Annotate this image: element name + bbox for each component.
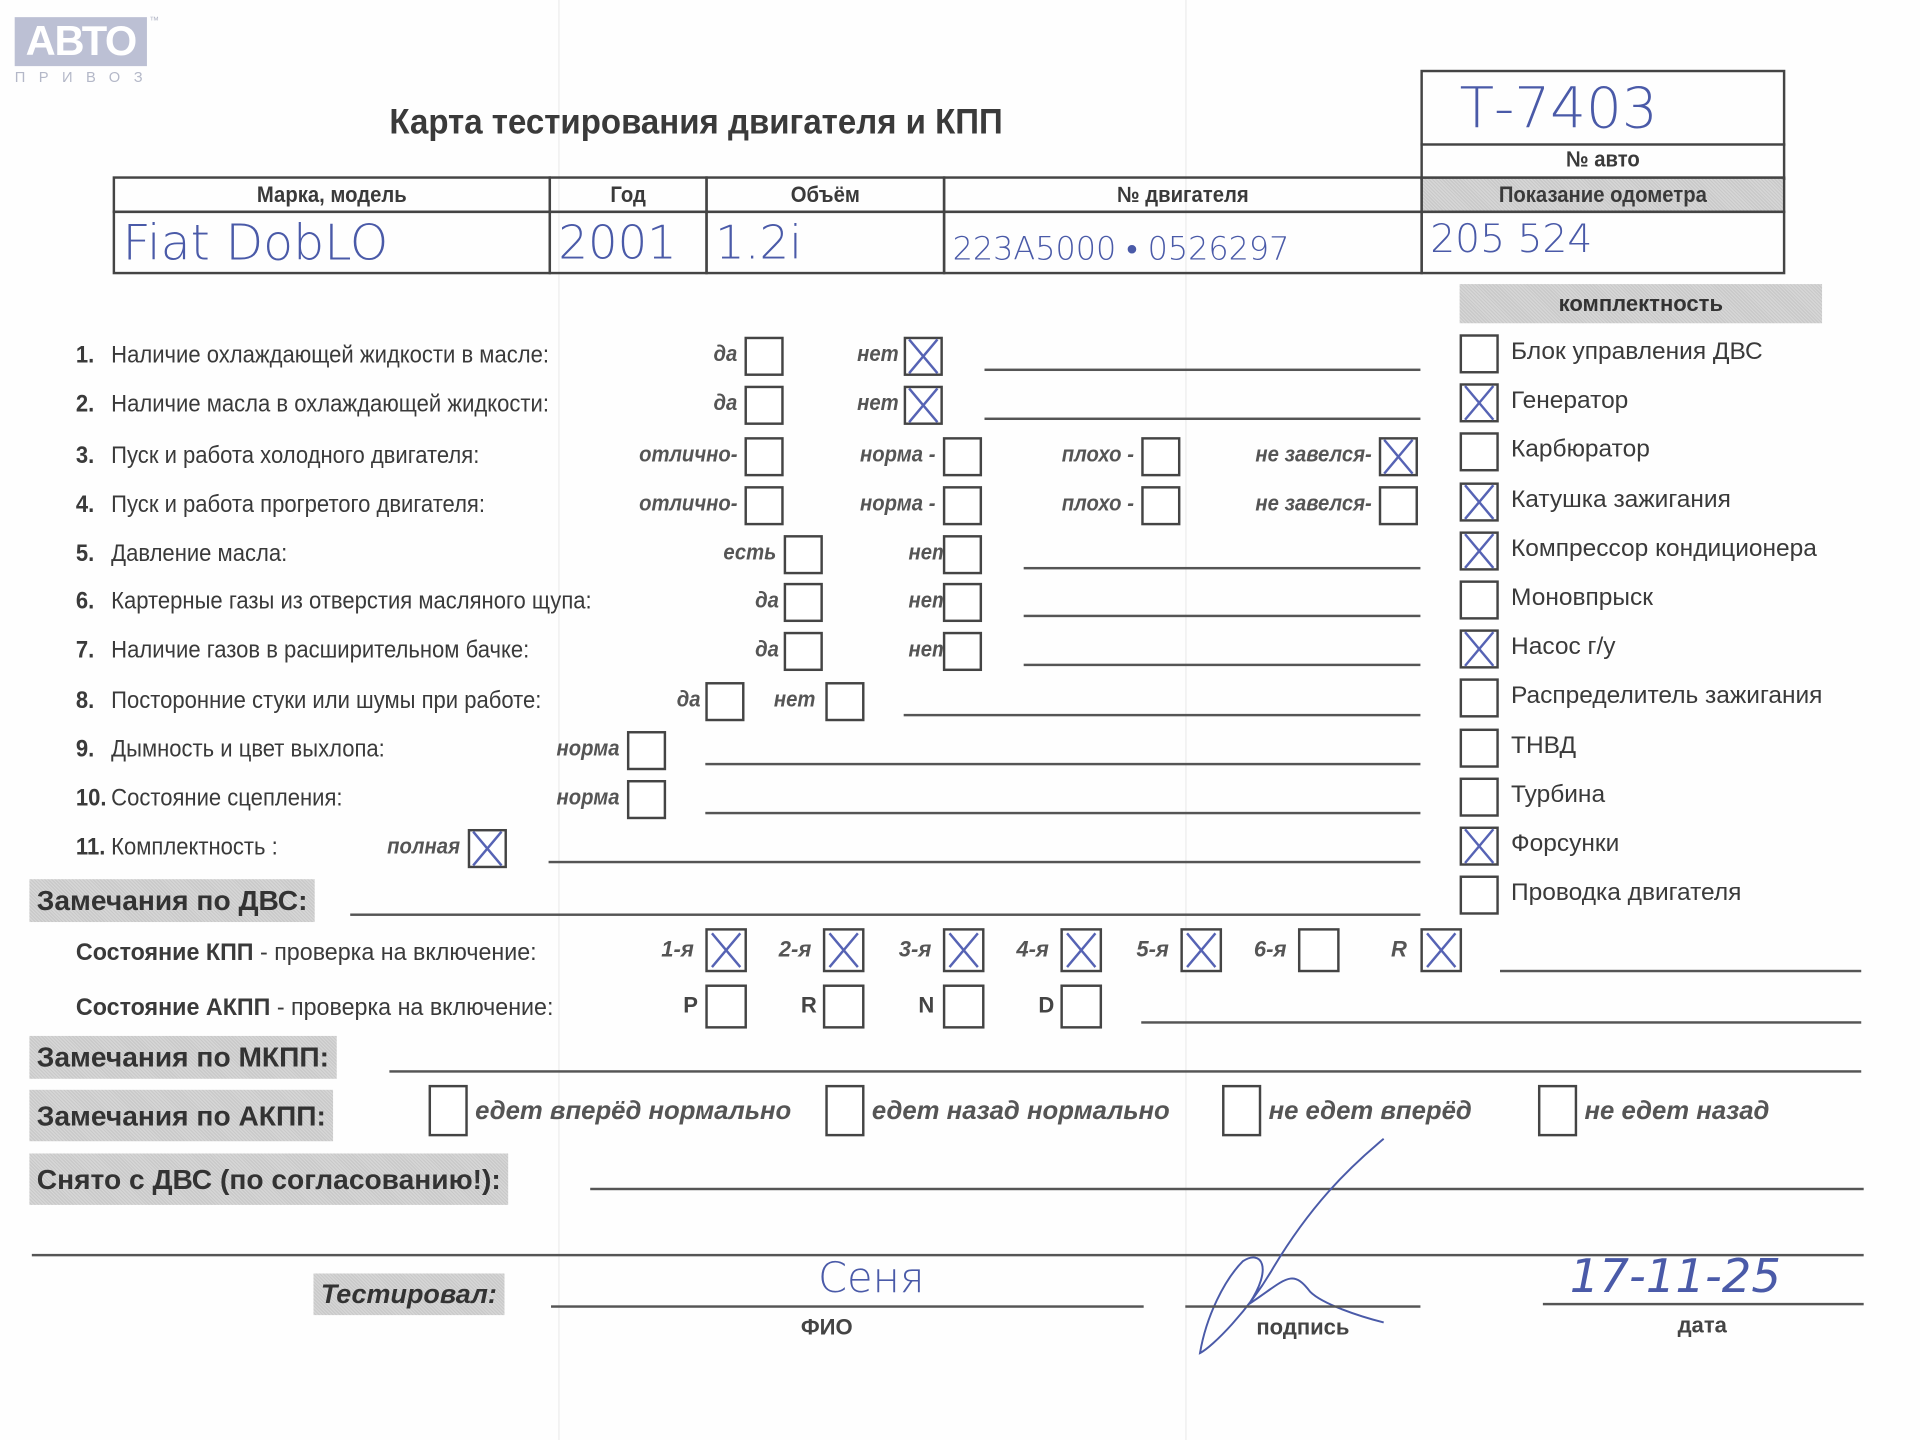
checklist-label: Дымность и цвет выхлопа: — [111, 736, 385, 763]
checklist-note-line[interactable] — [549, 861, 1421, 863]
auto-gearbox-line[interactable] — [1141, 1021, 1861, 1023]
akpp-remark-checkbox[interactable] — [429, 1085, 468, 1136]
manual-gearbox-line[interactable] — [1500, 970, 1861, 972]
checklist-checkbox[interactable] — [627, 731, 666, 770]
vehicle-header-label: Год — [557, 179, 699, 211]
checklist-checkbox[interactable] — [1141, 486, 1180, 525]
gear-label: R — [1391, 937, 1407, 963]
checklist-note-line[interactable] — [705, 763, 1420, 765]
checklist-checkbox[interactable] — [943, 583, 982, 622]
checklist-label: Картерные газы из отверстия масляного щу… — [111, 588, 591, 615]
vehicle-header-label: № двигателя — [964, 179, 1401, 211]
completeness-item-label: Турбина — [1511, 781, 1605, 809]
checklist-checkbox[interactable] — [943, 486, 982, 525]
checklist-note-line[interactable] — [904, 714, 1421, 716]
test-card-page: АВТО ™ ПРИВОЗ Карта тестирования двигате… — [0, 0, 1920, 1440]
checklist-checkbox[interactable] — [744, 437, 783, 476]
checklist-checkbox[interactable] — [705, 682, 744, 721]
akpp-remark-checkbox[interactable] — [1538, 1085, 1577, 1136]
akpp-remark-label: едет вперёд нормально — [475, 1097, 791, 1126]
checklist-checkbox[interactable] — [784, 583, 823, 622]
gear-checkbox[interactable] — [1420, 928, 1462, 972]
checklist-number: 4. — [76, 491, 111, 519]
completeness-item-label: Моновпрыск — [1511, 584, 1653, 612]
checklist-checkbox[interactable] — [784, 535, 823, 574]
checklist-number: 3. — [76, 442, 111, 470]
gear-label: 3-я — [899, 937, 932, 963]
completeness-checkbox[interactable] — [1460, 433, 1499, 472]
gear-label: 4-я — [1016, 937, 1049, 963]
checklist-label: Комплектность : — [111, 834, 278, 861]
checklist-note-line[interactable] — [984, 369, 1420, 371]
checklist-checkbox[interactable] — [1379, 437, 1418, 476]
akpp-remark-label: не едет назад — [1585, 1097, 1770, 1126]
akpp-position-checkbox[interactable] — [705, 984, 747, 1028]
checklist-checkbox[interactable] — [744, 386, 783, 425]
checklist-question: 10.Состояние сцепления: — [76, 785, 343, 813]
checklist-option-label: не завелся- — [1255, 442, 1371, 468]
gear-label: 6-я — [1254, 937, 1287, 963]
vehicle-header-cell: Марка, модель — [113, 176, 551, 213]
akpp-position-label: D — [1038, 993, 1054, 1019]
akpp-remark-label: не едет вперёд — [1269, 1097, 1472, 1126]
akpp-remark-checkbox[interactable] — [1222, 1085, 1261, 1136]
gear-checkbox[interactable] — [1060, 928, 1102, 972]
checklist-option-label: отлично- — [639, 442, 737, 468]
akpp-position-label: R — [801, 993, 817, 1019]
completeness-checkbox[interactable] — [1460, 728, 1499, 767]
checklist-question: 3.Пуск и работа холодного двигателя: — [76, 442, 479, 470]
checklist-option-label: не завелся- — [1255, 491, 1371, 517]
tested-by-label: Тестировал: — [313, 1273, 504, 1315]
completeness-checkbox[interactable] — [1460, 334, 1499, 373]
completeness-item-label: Распределитель зажигания — [1511, 683, 1822, 711]
checklist-option-label: плохо - — [1062, 442, 1134, 468]
checklist-checkbox[interactable] — [627, 780, 666, 819]
checklist-checkbox[interactable] — [784, 632, 823, 671]
checklist-option-label: нет — [857, 391, 899, 417]
manual-gearbox-label: Состояние КПП - проверка на включение: — [76, 939, 537, 967]
checklist-question: 4.Пуск и работа прогретого двигателя: — [76, 491, 485, 519]
vehicle-value-cell: Fiat DobLO — [113, 211, 551, 275]
vehicle-header-label: Показание одометра — [1437, 179, 1768, 211]
auto-number-box: Т-7403 — [1420, 70, 1785, 146]
completeness-checkbox[interactable] — [1460, 531, 1499, 570]
gear-label: 1-я — [661, 937, 694, 963]
manual-gearbox-subtitle: - проверка на включение: — [254, 939, 537, 966]
checklist-label: Давление масла: — [111, 540, 287, 567]
gear-checkbox[interactable] — [705, 928, 747, 972]
completeness-item-label: Блок управления ДВС — [1511, 338, 1763, 366]
auto-number-label: № авто — [1437, 143, 1768, 175]
gear-checkbox[interactable] — [823, 928, 865, 972]
akpp-position-checkbox[interactable] — [823, 984, 865, 1028]
checklist-option-label: есть — [723, 540, 776, 566]
vehicle-header-label: Марка, модель — [132, 179, 531, 211]
auto-number-label-cell: № авто — [1420, 143, 1785, 180]
checklist-option-label: норма - — [860, 442, 935, 468]
vehicle-value-cell: 1.2i — [705, 211, 945, 275]
checklist-question: 9.Дымность и цвет выхлопа: — [76, 736, 385, 764]
checklist-option-label: да — [755, 588, 779, 614]
vehicle-header-cell: Год — [549, 176, 708, 213]
vehicle-value-cell: 2001 — [549, 211, 708, 275]
checklist-note-line[interactable] — [984, 418, 1420, 420]
gear-checkbox[interactable] — [943, 928, 985, 972]
checklist-label: Наличие масла в охлаждающей жидкости: — [111, 391, 549, 418]
remarks-manual-label: Замечания по МКПП: — [29, 1036, 336, 1079]
checklist-number: 2. — [76, 391, 111, 419]
akpp-position-label: N — [918, 993, 934, 1019]
vehicle-value[interactable]: 2001 — [558, 216, 676, 270]
akpp-remark-label: едет назад нормально — [872, 1097, 1170, 1126]
checklist-number: 5. — [76, 540, 111, 568]
checklist-option-label: норма — [557, 785, 620, 811]
vehicle-value[interactable]: Fiat DobLO — [122, 216, 388, 272]
checklist-question: 6.Картерные газы из отверстия масляного … — [76, 588, 592, 616]
auto-number-value[interactable]: Т-7403 — [1460, 75, 1658, 141]
checklist-option-label: да — [713, 391, 737, 417]
checklist-checkbox[interactable] — [468, 829, 507, 868]
checklist-note-line[interactable] — [1024, 567, 1421, 569]
logo-subtext: ПРИВОЗ — [15, 69, 156, 86]
completeness-item-label: Катушка зажигания — [1511, 486, 1731, 514]
tester-name-value[interactable]: Сеня — [818, 1254, 925, 1303]
checklist-label: Наличие газов в расширительном бачке: — [111, 637, 529, 664]
remarks-engine-line[interactable] — [350, 913, 1420, 915]
completeness-item-label: Карбюратор — [1511, 436, 1650, 464]
completeness-checkbox[interactable] — [1460, 679, 1499, 718]
completeness-checkbox[interactable] — [1460, 827, 1499, 866]
completeness-checkbox[interactable] — [1460, 777, 1499, 816]
auto-gearbox-subtitle: - проверка на включение: — [270, 994, 553, 1021]
checklist-option-label: да — [677, 687, 701, 713]
completeness-item-label: Насос г/у — [1511, 633, 1615, 661]
gear-label: 2-я — [779, 937, 812, 963]
checklist-question: 1.Наличие охлаждающей жидкости в масле: — [76, 342, 549, 370]
checklist-number: 11. — [76, 834, 111, 862]
signature-caption: подпись — [1256, 1315, 1349, 1341]
checklist-option-label: полная — [388, 834, 461, 860]
checklist-number: 1. — [76, 342, 111, 370]
checklist-label: Пуск и работа прогретого двигателя: — [111, 491, 485, 518]
checklist-option-label: норма - — [860, 491, 935, 517]
checklist-option-label: да — [713, 342, 737, 368]
checklist-checkbox[interactable] — [1379, 486, 1418, 525]
checklist-option-label: отлично- — [639, 491, 737, 517]
date-value[interactable]: 17-11-25 — [1570, 1249, 1781, 1303]
vehicle-header-cell: Объём — [705, 176, 945, 213]
vehicle-value-cell: 205 524 — [1420, 211, 1785, 275]
checklist-note-line[interactable] — [705, 812, 1420, 814]
checklist-number: 10. — [76, 785, 111, 813]
checklist-note-line[interactable] — [1024, 664, 1421, 666]
checklist-checkbox[interactable] — [825, 682, 864, 721]
checklist-checkbox[interactable] — [943, 535, 982, 574]
checklist-option-label: норма — [557, 736, 620, 762]
checklist-question: 5.Давление масла: — [76, 540, 287, 568]
checklist-label: Наличие охлаждающей жидкости в масле: — [111, 342, 549, 369]
auto-gearbox-title: Состояние АКПП — [76, 994, 270, 1021]
vehicle-value-cell: 223A5000 • 0526297 — [943, 211, 1423, 275]
completeness-checkbox[interactable] — [1460, 482, 1499, 521]
completeness-checkbox[interactable] — [1460, 630, 1499, 669]
checklist-option-label: нет — [774, 687, 816, 713]
checklist-label: Состояние сцепления: — [111, 785, 342, 812]
checklist-checkbox[interactable] — [904, 337, 943, 376]
vehicle-value[interactable]: 1.2i — [715, 216, 802, 270]
completeness-item-label: Проводка двигателя — [1511, 879, 1741, 907]
checklist-question: 2.Наличие масла в охлаждающей жидкости: — [76, 391, 549, 419]
auto-gearbox-label: Состояние АКПП - проверка на включение: — [76, 994, 554, 1022]
checklist-question: 8.Посторонние стуки или шумы при работе: — [76, 687, 541, 715]
vehicle-header-label: Объём — [717, 179, 933, 211]
logo-tm: ™ — [149, 15, 159, 26]
removed-label: Снято с ДВС (по согласованию!): — [29, 1153, 508, 1204]
completeness-item-label: Генератор — [1511, 387, 1628, 415]
akpp-position-checkbox[interactable] — [943, 984, 985, 1028]
checklist-checkbox[interactable] — [744, 337, 783, 376]
vehicle-header-cell: Показание одометра — [1420, 176, 1785, 213]
checklist-option-label: плохо - — [1062, 491, 1134, 517]
checklist-number: 7. — [76, 637, 111, 665]
checklist-label: Посторонние стуки или шумы при работе: — [111, 687, 541, 714]
checklist-checkbox[interactable] — [744, 486, 783, 525]
completeness-checkbox[interactable] — [1460, 580, 1499, 619]
tester-name-caption: ФИО — [801, 1315, 853, 1341]
signature-line[interactable] — [1185, 1305, 1420, 1307]
checklist-note-line[interactable] — [1024, 615, 1421, 617]
remarks-auto-label: Замечания по АКПП: — [29, 1090, 333, 1141]
remarks-manual-line[interactable] — [389, 1070, 1861, 1072]
checklist-question: 11.Комплектность : — [76, 834, 278, 862]
checklist-checkbox[interactable] — [943, 632, 982, 671]
checklist-option-label: нет — [857, 342, 899, 368]
logo: АВТО — [15, 17, 147, 66]
akpp-remark-checkbox[interactable] — [825, 1085, 864, 1136]
gear-checkbox[interactable] — [1298, 928, 1340, 972]
completeness-header: комплектность — [1460, 284, 1822, 323]
checklist-question: 7.Наличие газов в расширительном бачке: — [76, 637, 529, 665]
vehicle-header-cell: № двигателя — [943, 176, 1423, 213]
checklist-checkbox[interactable] — [943, 437, 982, 476]
completeness-item-label: Компрессор кондиционера — [1511, 535, 1817, 563]
completeness-checkbox[interactable] — [1460, 383, 1499, 422]
gear-checkbox[interactable] — [1180, 928, 1222, 972]
checklist-checkbox[interactable] — [1141, 437, 1180, 476]
completeness-checkbox[interactable] — [1460, 876, 1499, 915]
date-caption: дата — [1678, 1313, 1727, 1339]
page-title: Карта тестирования двигателя и КПП — [389, 103, 1002, 143]
manual-gearbox-title: Состояние КПП — [76, 939, 254, 966]
completeness-item-label: Форсунки — [1511, 830, 1619, 858]
checklist-number: 9. — [76, 736, 111, 764]
checklist-checkbox[interactable] — [904, 386, 943, 425]
checklist-number: 8. — [76, 687, 111, 715]
remarks-engine-label: Замечания по ДВС: — [29, 879, 314, 922]
checklist-number: 6. — [76, 588, 111, 616]
vehicle-value[interactable]: 223A5000 • 0526297 — [953, 230, 1290, 268]
completeness-item-label: ТНВД — [1511, 732, 1576, 760]
vehicle-value[interactable]: 205 524 — [1430, 216, 1592, 263]
checklist-option-label: да — [755, 637, 779, 663]
akpp-position-label: P — [683, 993, 698, 1019]
akpp-position-checkbox[interactable] — [1060, 984, 1102, 1028]
date-line[interactable] — [1543, 1303, 1864, 1305]
tester-name-line[interactable] — [551, 1305, 1144, 1307]
gear-label: 5-я — [1136, 937, 1169, 963]
checklist-label: Пуск и работа холодного двигателя: — [111, 442, 479, 469]
